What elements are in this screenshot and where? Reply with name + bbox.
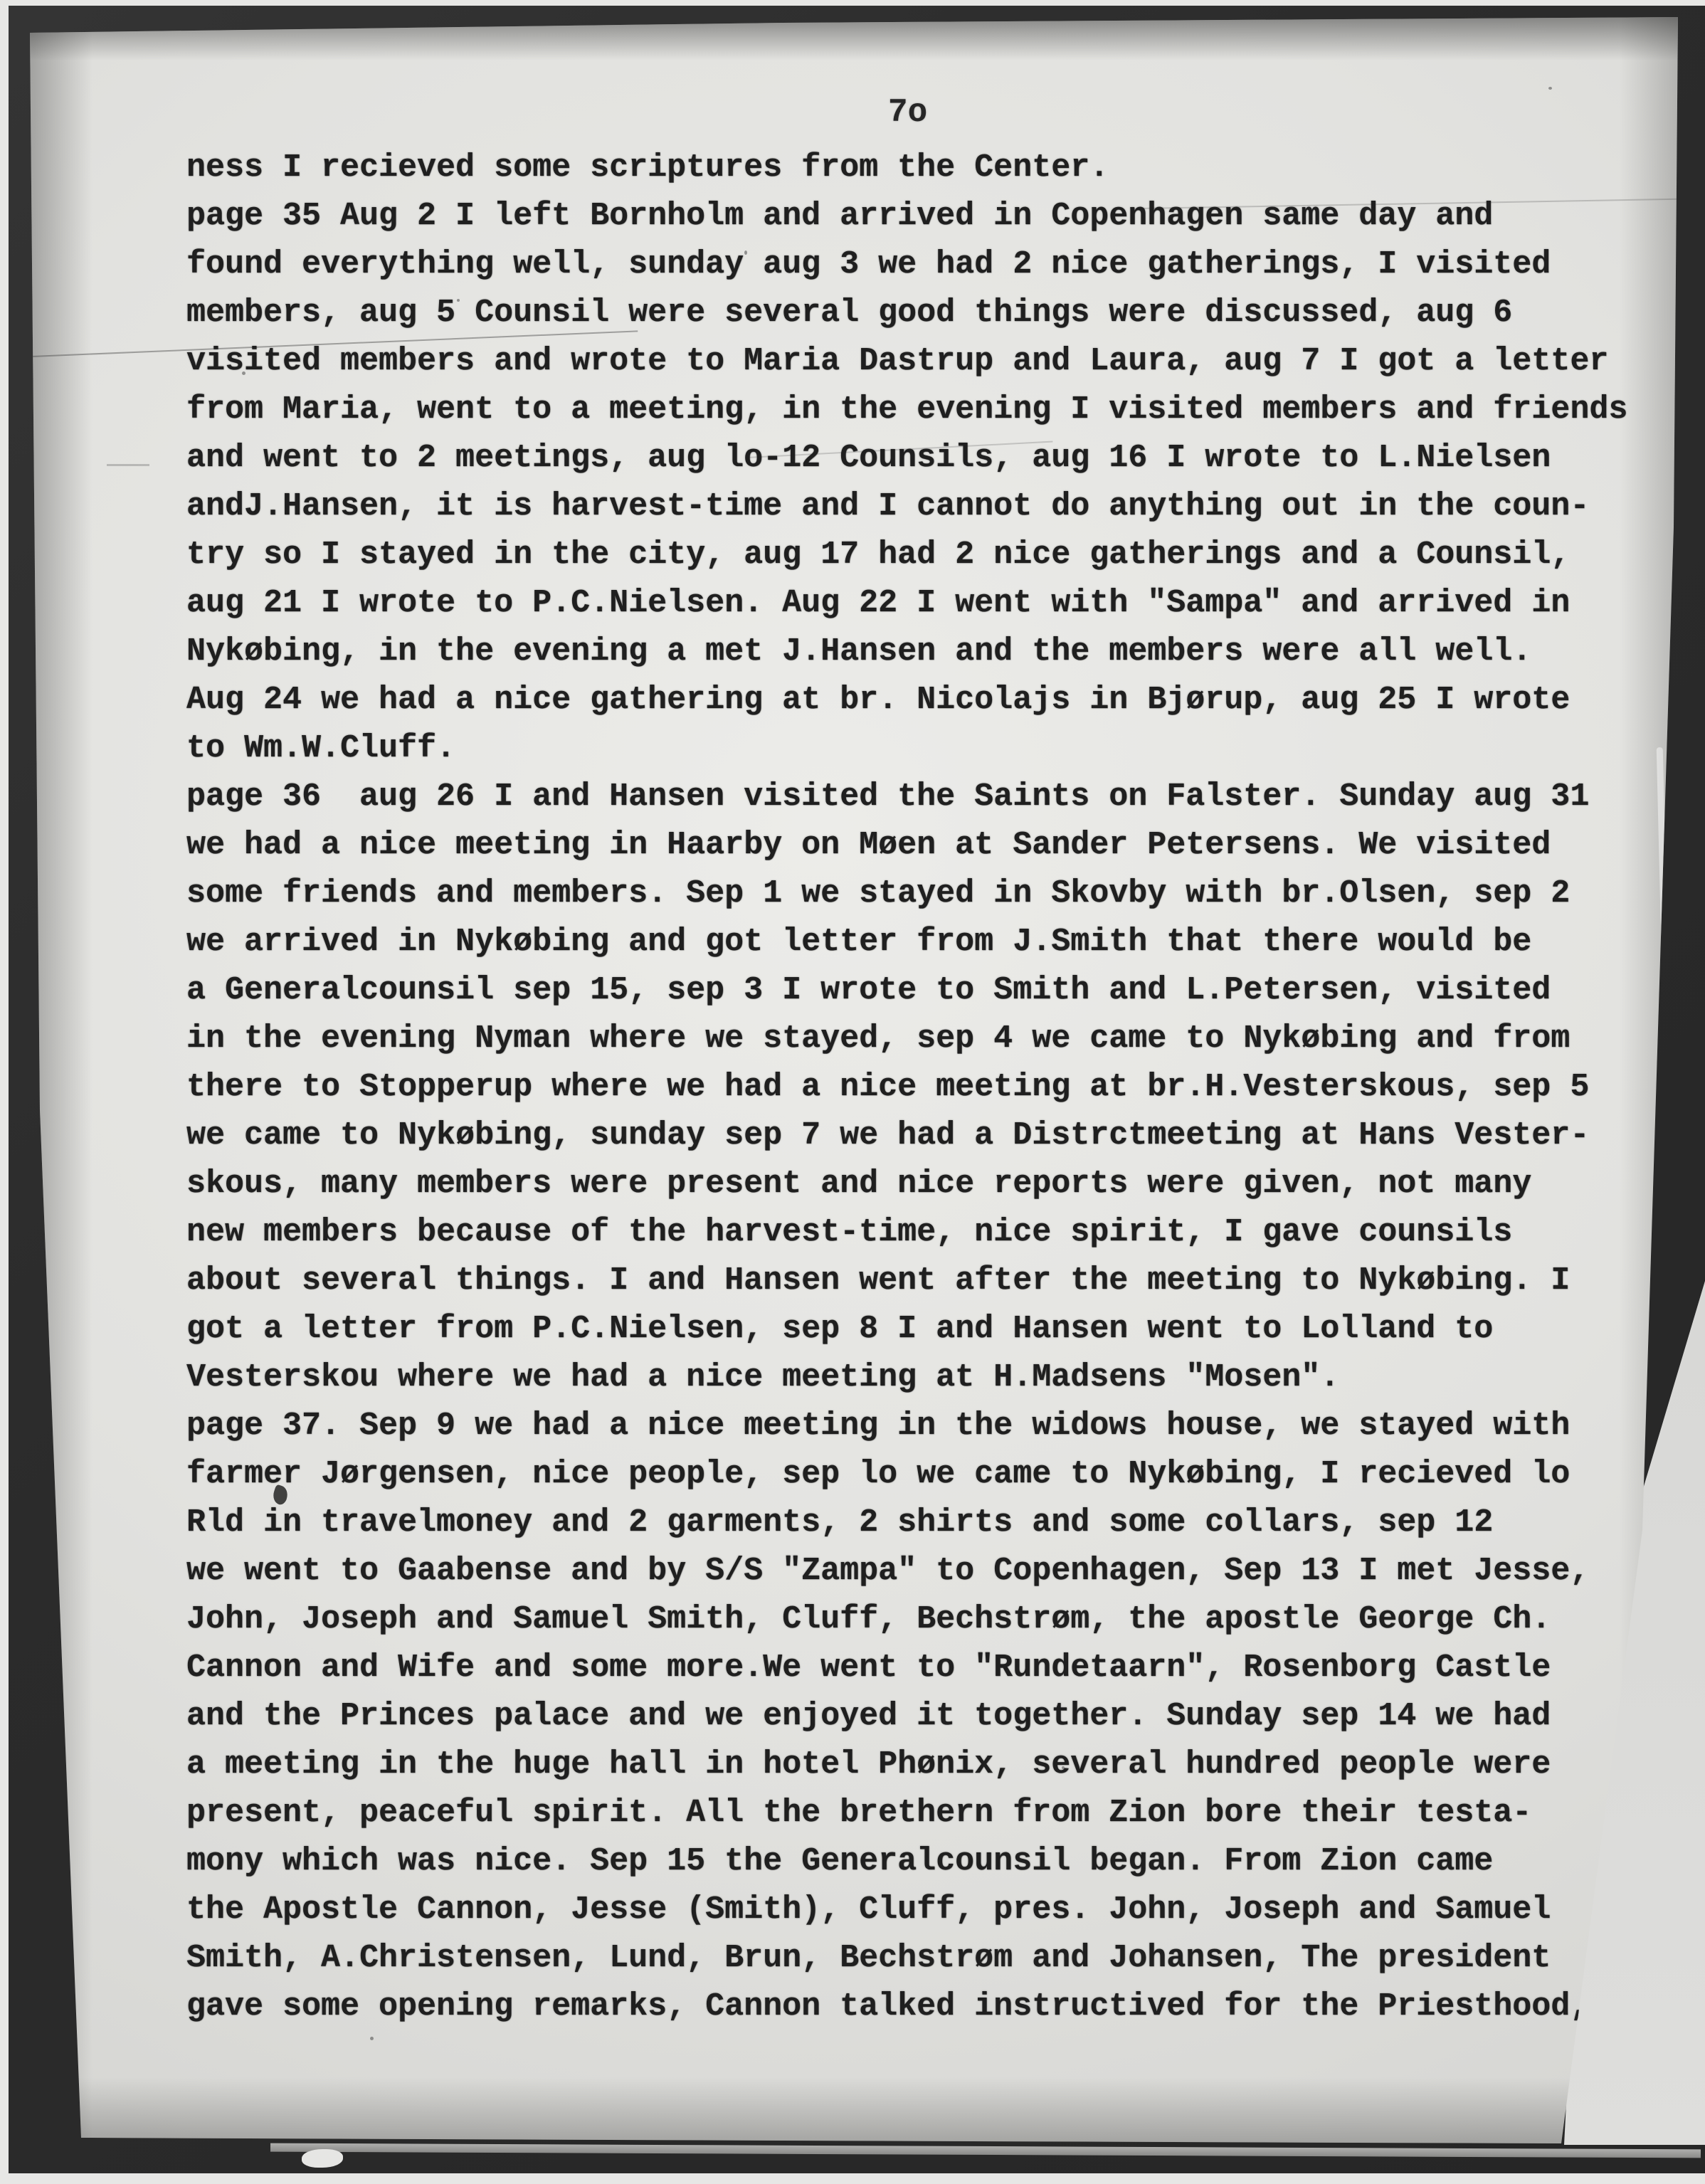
text-line: farmer Jørgensen, nice people, sep lo we… <box>186 1450 1652 1499</box>
text-line: Cannon and Wife and some more.We went to… <box>186 1644 1652 1692</box>
text-line: gave some opening remarks, Cannon talked… <box>186 1983 1652 2031</box>
text-line: there to Stopperup where we had a nice m… <box>186 1063 1652 1112</box>
text-line: got a letter from P.C.Nielsen, sep 8 I a… <box>186 1305 1652 1354</box>
document-page: 7o ness I recieved some scriptures from … <box>0 0 1705 2184</box>
text-line: we arrived in Nykøbing and got letter fr… <box>186 918 1652 966</box>
page-number: 7o <box>888 94 927 131</box>
text-line: visited members and wrote to Maria Dastr… <box>186 337 1652 386</box>
text-line: page 36 aug 26 I and Hansen visited the … <box>186 773 1652 821</box>
text-line: page 35 Aug 2 I left Bornholm and arrive… <box>186 192 1652 241</box>
text-line: Nykøbing, in the evening a met J.Hansen … <box>186 628 1652 676</box>
text-line: Vesterskou where we had a nice meeting a… <box>186 1354 1652 1402</box>
text-line: new members because of the harvest-time,… <box>186 1208 1652 1257</box>
scratch-line <box>107 464 149 466</box>
text-line: John, Joseph and Samuel Smith, Cluff, Be… <box>186 1595 1652 1644</box>
text-line: members, aug 5 Counsil were several good… <box>186 289 1652 337</box>
text-line: page 37. Sep 9 we had a nice meeting in … <box>186 1402 1652 1450</box>
text-line: aug 21 I wrote to P.C.Nielsen. Aug 22 I … <box>186 579 1652 628</box>
text-line: the Apostle Cannon, Jesse (Smith), Cluff… <box>186 1886 1652 1934</box>
text-line: Rld in travelmoney and 2 garments, 2 shi… <box>186 1499 1652 1547</box>
text-line: Smith, A.Christensen, Lund, Brun, Bechst… <box>186 1934 1652 1983</box>
text-line: about several things. I and Hansen went … <box>186 1257 1652 1305</box>
text-line: to Wm.W.Cluff. <box>186 724 1652 773</box>
text-line: and went to 2 meetings, aug lo-12 Counsi… <box>186 434 1652 482</box>
text-line: found everything well, sunday aug 3 we h… <box>186 241 1652 289</box>
text-line: Aug 24 we had a nice gathering at br. Ni… <box>186 676 1652 724</box>
text-line: ness I recieved some scriptures from the… <box>186 144 1652 192</box>
text-line: we went to Gaabense and by S/S "Zampa" t… <box>186 1547 1652 1595</box>
text-line: present, peaceful spirit. All the brethe… <box>186 1789 1652 1837</box>
scan-photo: 7o ness I recieved some scriptures from … <box>0 0 1705 2184</box>
paper-speck <box>1548 87 1552 90</box>
text-line: mony which was nice. Sep 15 the Generalc… <box>186 1837 1652 1886</box>
text-line: try so I stayed in the city, aug 17 had … <box>186 531 1652 579</box>
text-line: a meeting in the huge hall in hotel Phøn… <box>186 1741 1652 1789</box>
text-line: from Maria, went to a meeting, in the ev… <box>186 386 1652 434</box>
text-line: a Generalcounsil sep 15, sep 3 I wrote t… <box>186 966 1652 1015</box>
paper-speck <box>370 2037 374 2040</box>
text-line: some friends and members. Sep 1 we staye… <box>186 870 1652 918</box>
text-line: we came to Nykøbing, sunday sep 7 we had… <box>186 1112 1652 1160</box>
text-block: ness I recieved some scriptures from the… <box>186 144 1652 2031</box>
text-line: andJ.Hansen, it is harvest-time and I ca… <box>186 482 1652 531</box>
text-line: skous, many members were present and nic… <box>186 1160 1652 1208</box>
text-line: we had a nice meeting in Haarby on Møen … <box>186 821 1652 870</box>
text-line: and the Princes palace and we enjoyed it… <box>186 1692 1652 1741</box>
text-line: in the evening Nyman where we stayed, se… <box>186 1015 1652 1063</box>
paper-edge-blob <box>302 2149 343 2168</box>
